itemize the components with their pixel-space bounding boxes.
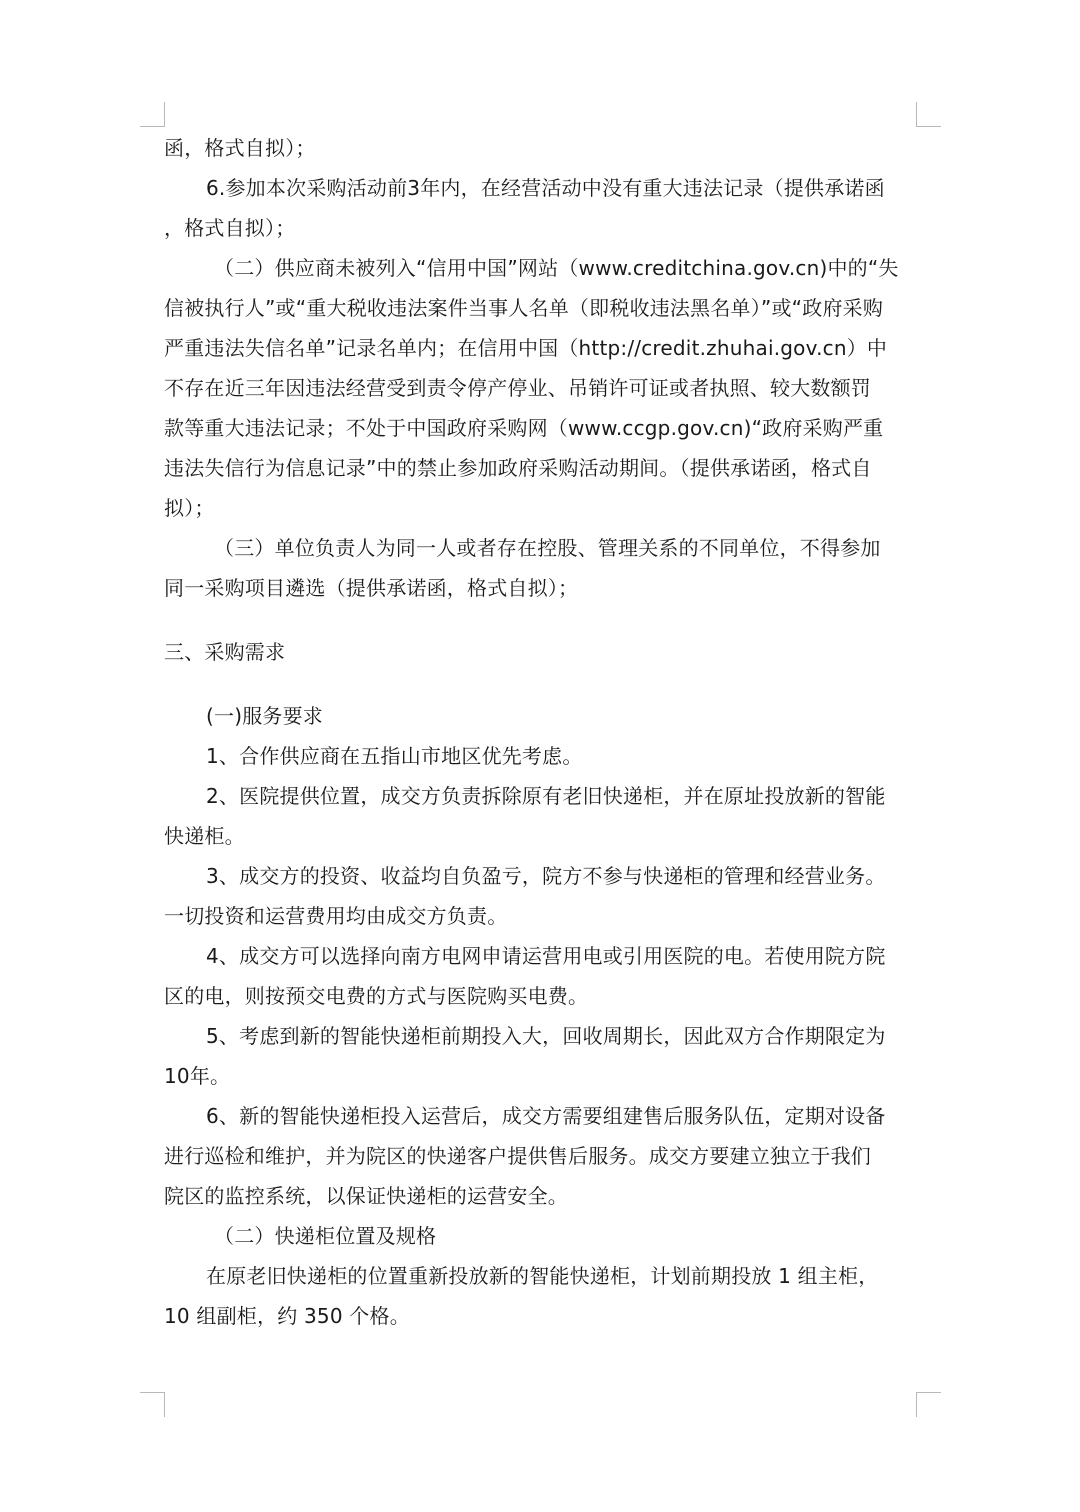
section-heading: 三、采购需求	[164, 632, 920, 672]
text-line: 同一采购项目遴选（提供承诺函，格式自拟）；	[164, 568, 920, 608]
page-corner-mark-top-right	[916, 102, 941, 127]
text-line: （三）单位负责人为同一人或者存在控股、管理关系的不同单位，不得参加	[164, 528, 920, 568]
text-line: 拟）；	[164, 488, 920, 528]
page-corner-mark-bottom-left	[140, 1392, 165, 1417]
subsection-heading: （二）快递柜位置及规格	[164, 1216, 920, 1256]
text-line: 5、考虑到新的智能快递柜前期投入大，回收周期长，因此双方合作期限定为	[164, 1016, 920, 1056]
text-line: 进行巡检和维护，并为院区的快递客户提供售后服务。成交方要建立独立于我们	[164, 1136, 920, 1176]
text-line: 10 组副柜，约 350 个格。	[164, 1296, 920, 1336]
text-line: 院区的监控系统，以保证快递柜的运营安全。	[164, 1176, 920, 1216]
text-line: 不存在近三年因违法经营受到责令停产停业、吊销许可证或者执照、较大数额罚	[164, 368, 920, 408]
text-line: 6、新的智能快递柜投入运营后，成交方需要组建售后服务队伍，定期对设备	[164, 1096, 920, 1136]
text-line: 3、成交方的投资、收益均自负盈亏，院方不参与快递柜的管理和经营业务。	[164, 856, 920, 896]
text-line: 6.参加本次采购活动前3年内，在经营活动中没有重大违法记录（提供承诺函	[164, 168, 920, 208]
text-line: 区的电，则按预交电费的方式与医院购买电费。	[164, 976, 920, 1016]
subsection-heading: (一)服务要求	[164, 696, 920, 736]
text-line: 违法失信行为信息记录”中的禁止参加政府采购活动期间。（提供承诺函，格式自	[164, 448, 920, 488]
text-line: 4、成交方可以选择向南方电网申请运营用电或引用医院的电。若使用院方院	[164, 936, 920, 976]
page-corner-mark-top-left	[140, 102, 165, 127]
text-line: 10年。	[164, 1056, 920, 1096]
text-line: 1、合作供应商在五指山市地区优先考虑。	[164, 736, 920, 776]
text-line: 快递柜。	[164, 816, 920, 856]
document-page-body: 函，格式自拟）； 6.参加本次采购活动前3年内，在经营活动中没有重大违法记录（提…	[164, 128, 920, 1336]
page-corner-mark-bottom-right	[916, 1392, 941, 1417]
text-line: ，格式自拟）；	[164, 208, 920, 248]
text-line: 2、医院提供位置，成交方负责拆除原有老旧快递柜，并在原址投放新的智能	[164, 776, 920, 816]
text-line: 信被执行人”或“重大税收违法案件当事人名单（即税收违法黑名单）”或“政府采购	[164, 288, 920, 328]
text-line: 函，格式自拟）；	[164, 128, 920, 168]
text-line: （二）供应商未被列入“信用中国”网站（www.creditchina.gov.c…	[164, 248, 920, 288]
text-line: 严重违法失信名单”记录名单内；在信用中国（http://credit.zhuha…	[164, 328, 920, 368]
text-line: 一切投资和运营费用均由成交方负责。	[164, 896, 920, 936]
text-line: 款等重大违法记录；不处于中国政府采购网（www.ccgp.gov.cn)“政府采…	[164, 408, 920, 448]
text-line: 在原老旧快递柜的位置重新投放新的智能快递柜，计划前期投放 1 组主柜，	[164, 1256, 920, 1296]
